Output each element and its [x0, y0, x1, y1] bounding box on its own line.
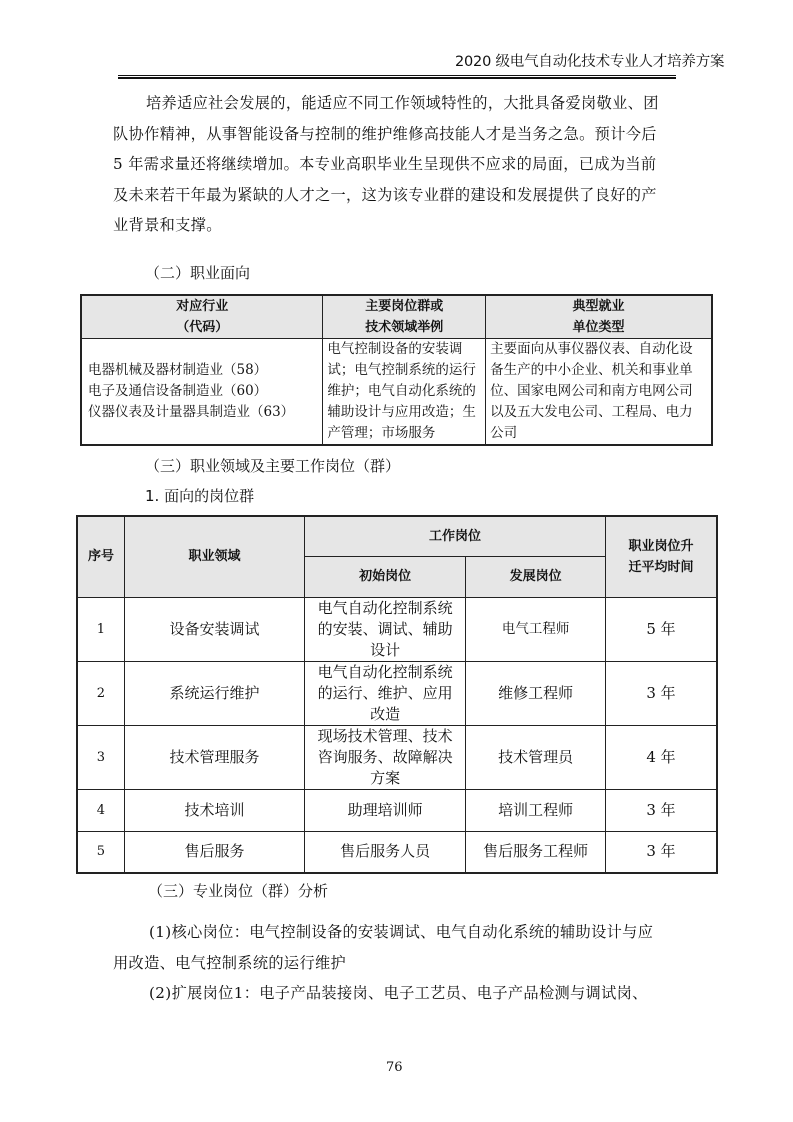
industry-cell: 电器机械及器材制造业（58） 电子及通信设备制造业（60） 仪器仪表及计量器具制… [81, 339, 323, 446]
time-cell: 3 年 [606, 831, 717, 873]
employers-line: 主要面向从事仪器仪表、自动化设 [490, 339, 709, 360]
header-line: （代码） [82, 317, 322, 338]
header-line: 职业岗位升 [606, 536, 716, 557]
positions-line: 辅助设计与应用改造；生 [327, 402, 483, 423]
initial-line: 方案 [305, 768, 465, 789]
header-line: 对应行业 [82, 296, 322, 317]
intro-line: 队协作精神，从事智能设备与控制的维护维修高技能人才是当务之急。预计今后 [113, 119, 683, 150]
initial-line: 设计 [305, 640, 465, 661]
employers-cell: 主要面向从事仪器仪表、自动化设 备生产的中小企业、机关和事业单 位、国家电网公司… [486, 339, 712, 446]
time-cell: 3 年 [606, 789, 717, 831]
development-cell: 维修工程师 [466, 661, 606, 725]
column-header-development: 发展岗位 [466, 556, 606, 597]
positions-cell: 电气控制设备的安装调 试；电气控制系统的运行 维护；电气自动化系统的 辅助设计与… [323, 339, 486, 446]
core-positions-line: 用改造、电气控制系统的运行维护 [113, 948, 683, 979]
career-orientation-table: 对应行业 （代码） 主要岗位群或 技术领域举例 典型就业 单位类型 电器机械及器… [80, 294, 713, 446]
table-row: 1 设备安装调试 电气自动化控制系统 的安装、调试、辅助 设计 电气工程师 5 … [77, 597, 717, 661]
seq-cell: 1 [77, 597, 124, 661]
header-line: 迁平均时间 [606, 557, 716, 578]
time-cell: 4 年 [606, 725, 717, 789]
table-row: 4 技术培训 助理培训师 培训工程师 3 年 [77, 789, 717, 831]
employers-line: 公司 [490, 423, 709, 444]
initial-line: 的安装、调试、辅助 [305, 619, 465, 640]
section-heading-job-groups: （三）职业领域及主要工作岗位（群） [145, 455, 400, 476]
positions-line: 产管理；市场服务 [327, 423, 483, 444]
intro-line: 5 年需求量还将继续增加。本专业高职毕业生呈现供不应求的局面，已成为当前 [113, 149, 683, 180]
employers-line: 位、国家电网公司和南方电网公司 [490, 381, 709, 402]
time-cell: 5 年 [606, 597, 717, 661]
time-cell: 3 年 [606, 661, 717, 725]
header-line: 单位类型 [486, 317, 711, 338]
initial-cell: 现场技术管理、技术 咨询服务、故障解决 方案 [305, 725, 466, 789]
initial-line: 改造 [305, 704, 465, 725]
field-cell: 技术管理服务 [124, 725, 304, 789]
column-header-employers: 典型就业 单位类型 [486, 295, 712, 339]
page-number: 76 [386, 1060, 403, 1075]
table-row: 电器机械及器材制造业（58） 电子及通信设备制造业（60） 仪器仪表及计量器具制… [81, 339, 712, 446]
initial-cell: 电气自动化控制系统 的安装、调试、辅助 设计 [305, 597, 466, 661]
intro-line: 业背景和支撑。 [113, 210, 683, 241]
table-row: 2 系统运行维护 电气自动化控制系统 的运行、维护、应用 改造 维修工程师 3 … [77, 661, 717, 725]
subheading-position-groups: 1. 面向的岗位群 [145, 485, 254, 506]
employers-line: 以及五大发电公司、工程局、电力 [490, 402, 709, 423]
positions-line: 电气控制设备的安装调 [327, 339, 483, 360]
initial-cell: 助理培训师 [305, 789, 466, 831]
field-cell: 售后服务 [124, 831, 304, 873]
column-header-industry: 对应行业 （代码） [81, 295, 323, 339]
section-heading-analysis: （三）专业岗位（群）分析 [148, 880, 328, 901]
field-cell: 系统运行维护 [124, 661, 304, 725]
table-row: 5 售后服务 售后服务人员 售后服务工程师 3 年 [77, 831, 717, 873]
header-divider-thick [118, 77, 676, 79]
section-heading-career-orientation: （二）职业面向 [145, 262, 250, 283]
header-divider-thin [118, 75, 676, 76]
development-cell: 电气工程师 [466, 597, 606, 661]
header-line: 技术领域举例 [323, 317, 485, 338]
initial-cell: 电气自动化控制系统 的运行、维护、应用 改造 [305, 661, 466, 725]
development-cell: 售后服务工程师 [466, 831, 606, 873]
positions-line: 试；电气控制系统的运行 [327, 360, 483, 381]
intro-paragraph: 培养适应社会发展的，能适应不同工作领域特性的，大批具备爱岗敬业、团 队协作精神，… [113, 88, 683, 241]
column-header-promotion-time: 职业岗位升 迁平均时间 [606, 516, 717, 597]
seq-cell: 2 [77, 661, 124, 725]
column-header-positions: 主要岗位群或 技术领域举例 [323, 295, 486, 339]
table-header-row: 对应行业 （代码） 主要岗位群或 技术领域举例 典型就业 单位类型 [81, 295, 712, 339]
initial-line: 电气自动化控制系统 [305, 662, 465, 683]
seq-cell: 3 [77, 725, 124, 789]
positions-line: 维护；电气自动化系统的 [327, 381, 483, 402]
running-header-title: 2020 级电气自动化技术专业人才培养方案 [455, 50, 724, 71]
field-cell: 技术培训 [124, 789, 304, 831]
job-groups-table: 序号 职业领域 工作岗位 职业岗位升 迁平均时间 初始岗位 发展岗位 1 设备安… [76, 515, 718, 874]
table-row: 3 技术管理服务 现场技术管理、技术 咨询服务、故障解决 方案 技术管理员 4 … [77, 725, 717, 789]
column-header-work-positions: 工作岗位 [305, 516, 606, 556]
initial-cell: 售后服务人员 [305, 831, 466, 873]
seq-cell: 5 [77, 831, 124, 873]
seq-cell: 4 [77, 789, 124, 831]
initial-line: 咨询服务、故障解决 [305, 747, 465, 768]
column-header-seq: 序号 [77, 516, 124, 597]
core-positions-line: (1)核心岗位：电气控制设备的安装调试、电气自动化系统的辅助设计与应 [113, 917, 683, 948]
column-header-field: 职业领域 [124, 516, 304, 597]
field-cell: 设备安装调试 [124, 597, 304, 661]
header-line: 主要岗位群或 [323, 296, 485, 317]
initial-line: 的运行、维护、应用 [305, 683, 465, 704]
development-cell: 技术管理员 [466, 725, 606, 789]
table-header-row: 序号 职业领域 工作岗位 职业岗位升 迁平均时间 [77, 516, 717, 556]
industry-item: 电器机械及器材制造业（58） [88, 360, 322, 381]
employers-line: 备生产的中小企业、机关和事业单 [490, 360, 709, 381]
analysis-paragraph: (1)核心岗位：电气控制设备的安装调试、电气自动化系统的辅助设计与应 用改造、电… [113, 917, 683, 1009]
industry-item: 电子及通信设备制造业（60） [88, 381, 322, 402]
column-header-initial: 初始岗位 [305, 556, 466, 597]
initial-line: 电气自动化控制系统 [305, 598, 465, 619]
industry-item: 仪器仪表及计量器具制造业（63） [88, 402, 322, 423]
intro-line: 及未来若干年最为紧缺的人才之一，这为该专业群的建设和发展提供了良好的产 [113, 180, 683, 211]
intro-line: 培养适应社会发展的，能适应不同工作领域特性的，大批具备爱岗敬业、团 [113, 88, 683, 119]
extended-positions-line: (2)扩展岗位1：电子产品装接岗、电子工艺员、电子产品检测与调试岗、 [113, 978, 683, 1009]
initial-line: 现场技术管理、技术 [305, 726, 465, 747]
header-line: 典型就业 [486, 296, 711, 317]
development-cell: 培训工程师 [466, 789, 606, 831]
